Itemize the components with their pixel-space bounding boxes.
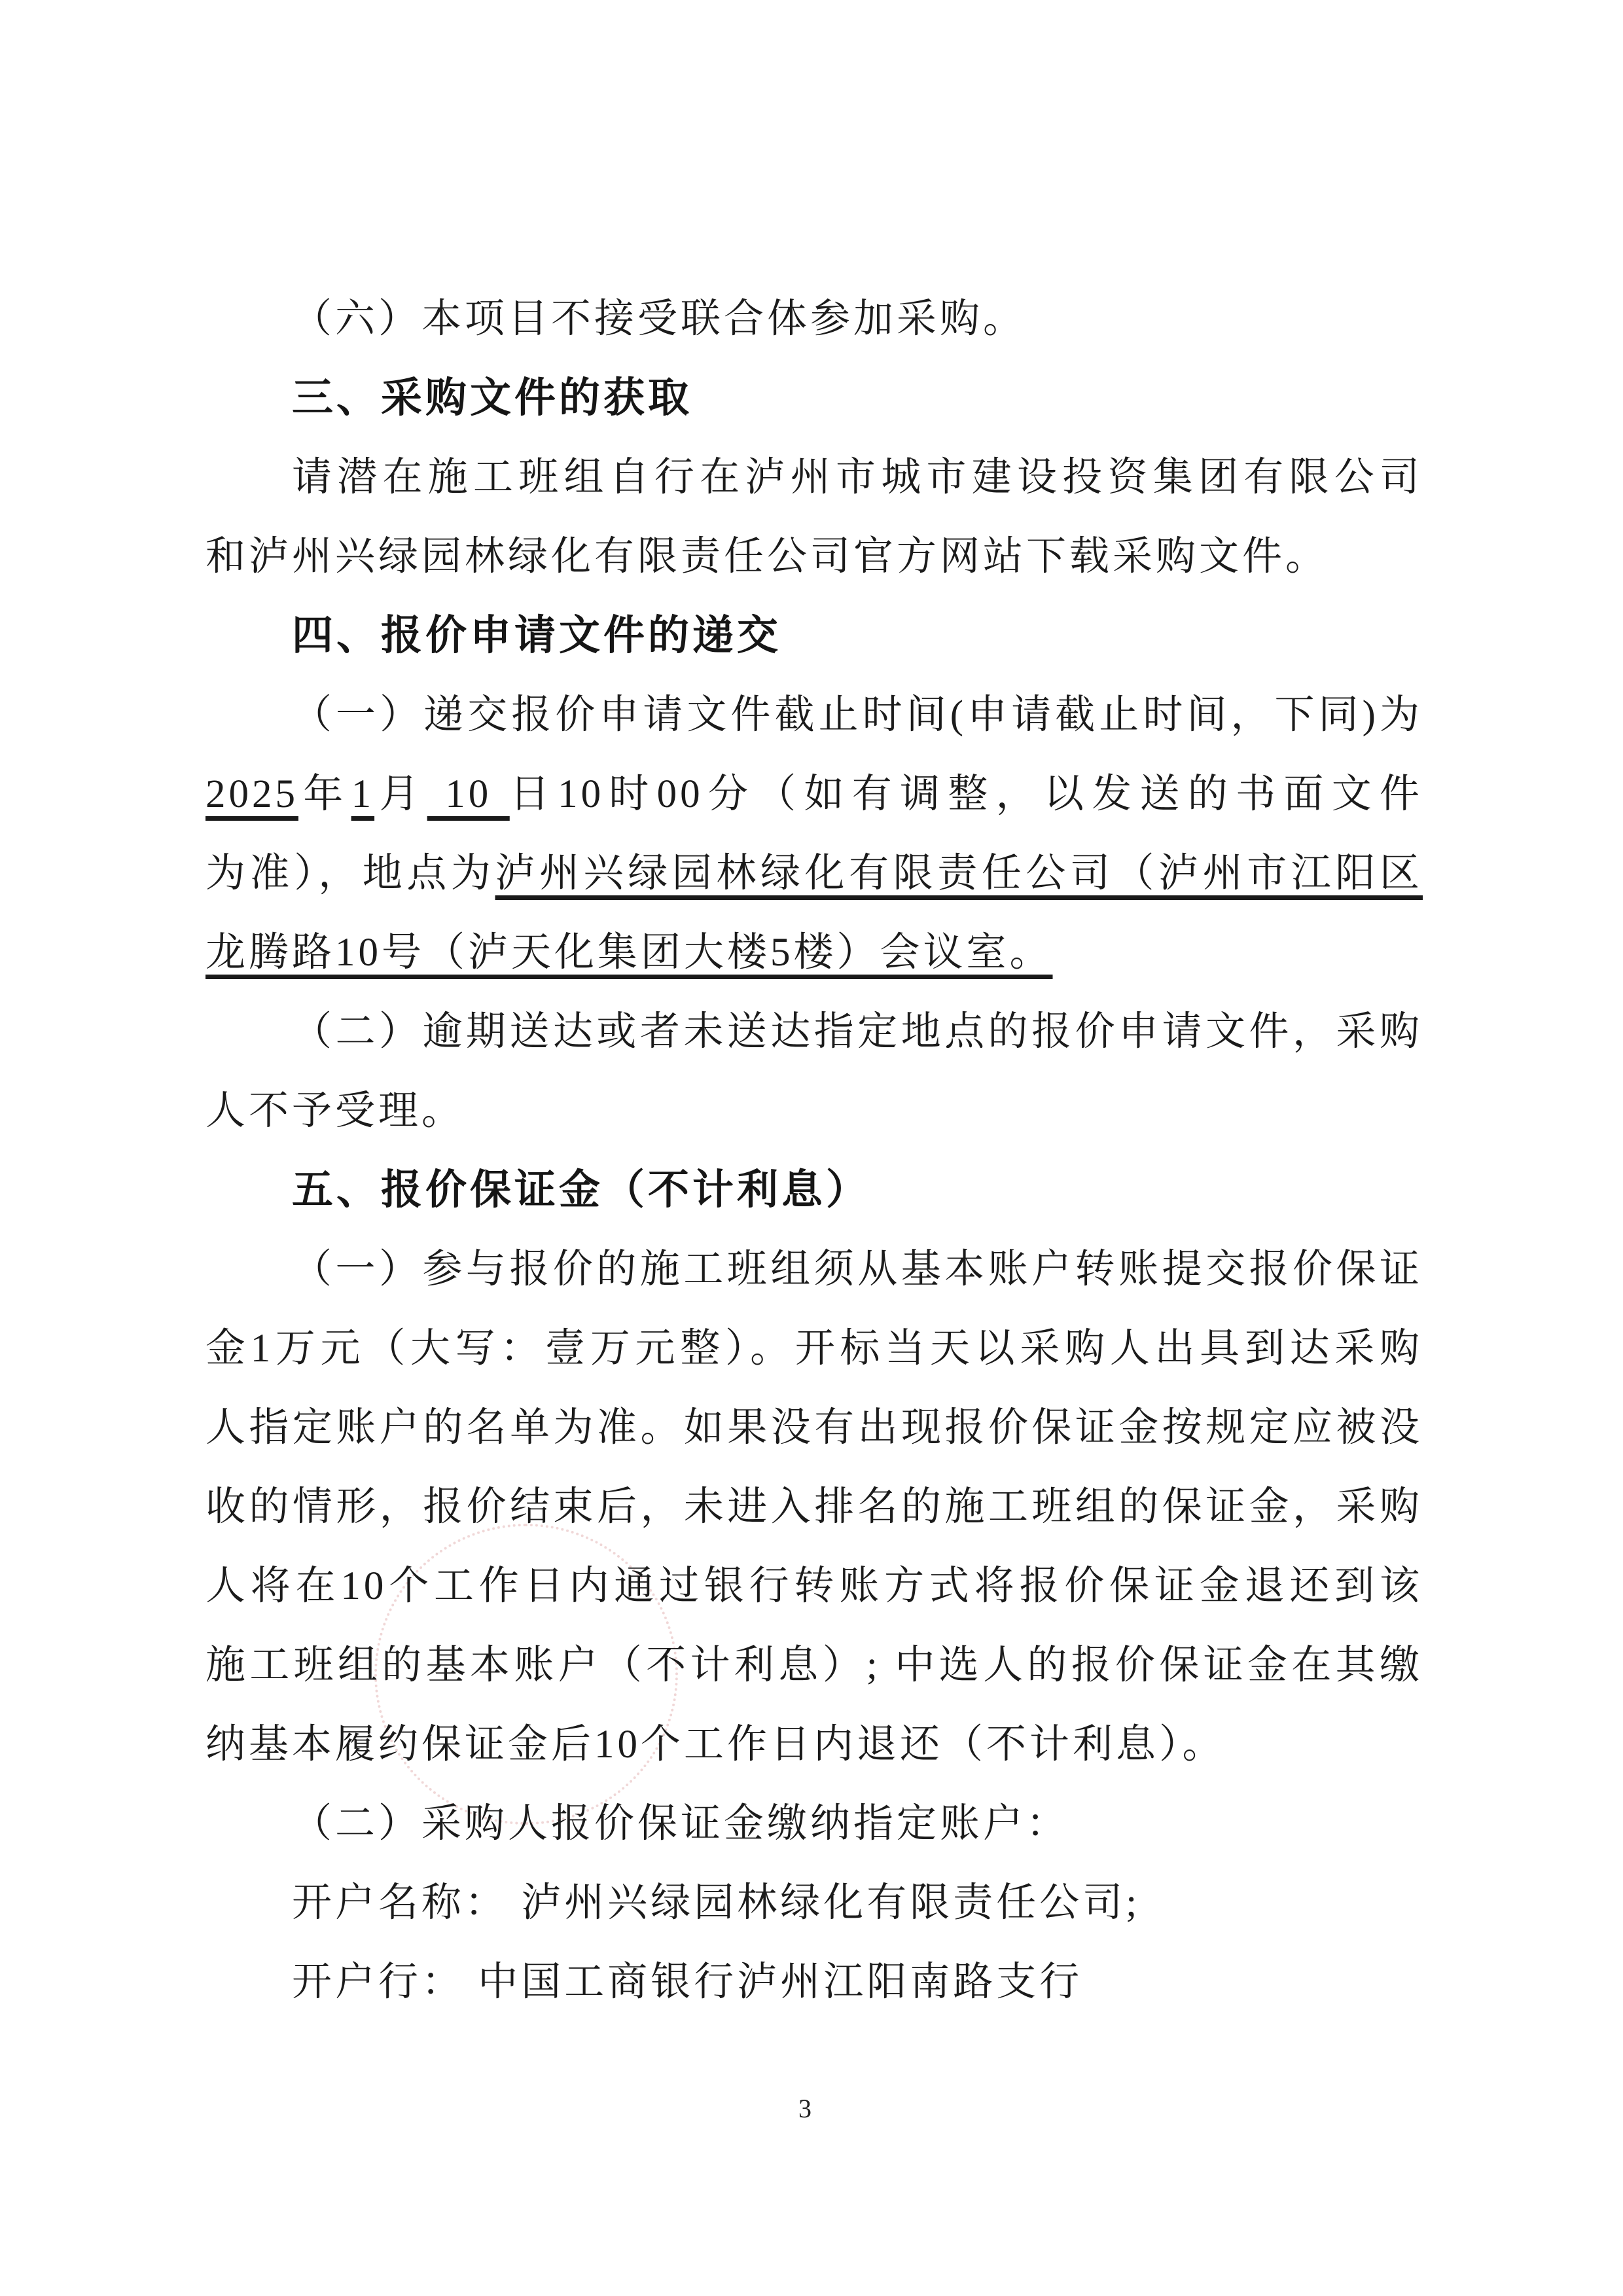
text-segment: 开户名称： 泸州兴绿园林绿化有限责任公司; bbox=[292, 1881, 1140, 1925]
text-segment: 月 bbox=[374, 772, 427, 816]
document-line: 施工班组的基本账户（不计利息）; 中选人的报价保证金在其缴 bbox=[205, 1626, 1423, 1705]
document-line: 金1万元（大写：壹万元整）。开标当天以采购人出具到达采购 bbox=[205, 1309, 1423, 1388]
document-line: （一）递交报价申请文件截止时间(申请截止时间，下同)为 bbox=[205, 675, 1423, 755]
text-segment: （一）参与报价的施工班组须从基本账户转账提交报价保证 bbox=[292, 1247, 1423, 1291]
document-line: 2025年1月 10 日10时00分（如有调整，以发送的书面文件 bbox=[205, 755, 1423, 834]
document-line: 和泸州兴绿园林绿化有限责任公司官方网站下载采购文件。 bbox=[205, 517, 1423, 596]
text-segment: 年 bbox=[298, 772, 351, 816]
document-line: 龙腾路10号（泸天化集团大楼5楼）会议室。 bbox=[205, 913, 1423, 992]
text-segment: 开户行： 中国工商银行泸州江阳南路支行 bbox=[292, 1960, 1082, 2004]
document-line: 人将在10个工作日内通过银行转账方式将报价保证金退还到该 bbox=[205, 1547, 1423, 1626]
document-line: （一）参与报价的施工班组须从基本账户转账提交报价保证 bbox=[205, 1230, 1423, 1309]
document-line: 开户行： 中国工商银行泸州江阳南路支行 bbox=[205, 1943, 1423, 2022]
text-segment: 人不予受理。 bbox=[205, 1089, 465, 1133]
underlined-text-segment: 2025 bbox=[205, 772, 298, 816]
document-page: （六）本项目不接受联合体参加采购。三、采购文件的获取请潜在施工班组自行在泸州市城… bbox=[0, 0, 1623, 2296]
text-segment: 五、报价保证金（不计利息） bbox=[292, 1167, 870, 1213]
underlined-text-segment: 龙腾路10号（泸天化集团大楼5楼）会议室。 bbox=[205, 931, 1053, 975]
document-line: （六）本项目不接受联合体参加采购。 bbox=[205, 279, 1423, 359]
text-segment: 金1万元（大写：壹万元整）。开标当天以采购人出具到达采购 bbox=[205, 1327, 1423, 1371]
document-line: 纳基本履约保证金后10个工作日内退还（不计利息）。 bbox=[205, 1705, 1423, 1784]
text-segment: （六）本项目不接受联合体参加采购。 bbox=[292, 297, 1026, 341]
text-segment: 人将在10个工作日内通过银行转账方式将报价保证金退还到该 bbox=[205, 1564, 1423, 1608]
text-segment: 为准），地点为 bbox=[205, 852, 495, 895]
underlined-text-segment: 泸州兴绿园林绿化有限责任公司（泸州市江阳区 bbox=[495, 852, 1423, 895]
document-line: （二）采购人报价保证金缴纳指定账户： bbox=[205, 1784, 1423, 1863]
document-line: （二）逾期送达或者未送达指定地点的报价申请文件，采购 bbox=[205, 992, 1423, 1071]
text-segment: 三、采购文件的获取 bbox=[292, 375, 692, 421]
text-block: （六）本项目不接受联合体参加采购。三、采购文件的获取请潜在施工班组自行在泸州市城… bbox=[205, 279, 1423, 2022]
page-number: 3 bbox=[0, 2093, 1610, 2125]
text-segment: 人指定账户的名单为准。如果没有出现报价保证金按规定应被没 bbox=[205, 1406, 1423, 1450]
document-line: 收的情形，报价结束后，未进入排名的施工班组的保证金，采购 bbox=[205, 1467, 1423, 1547]
underlined-text-segment: 10 bbox=[427, 772, 510, 816]
section-heading: 四、报价申请文件的递交 bbox=[205, 596, 1423, 675]
text-segment: （二）采购人报价保证金缴纳指定账户： bbox=[292, 1802, 1069, 1846]
section-heading: 五、报价保证金（不计利息） bbox=[205, 1151, 1423, 1230]
document-line: 开户名称： 泸州兴绿园林绿化有限责任公司; bbox=[205, 1863, 1423, 1943]
section-heading: 三、采购文件的获取 bbox=[205, 359, 1423, 438]
underlined-text-segment: 1 bbox=[351, 772, 375, 816]
document-line: 人指定账户的名单为准。如果没有出现报价保证金按规定应被没 bbox=[205, 1388, 1423, 1467]
document-line: 为准），地点为泸州兴绿园林绿化有限责任公司（泸州市江阳区 bbox=[205, 834, 1423, 913]
text-segment: 请潜在施工班组自行在泸州市城市建设投资集团有限公司 bbox=[292, 456, 1423, 499]
text-segment: （二）逾期送达或者未送达指定地点的报价申请文件，采购 bbox=[292, 1010, 1423, 1054]
document-line: 人不予受理。 bbox=[205, 1071, 1423, 1151]
text-segment: 收的情形，报价结束后，未进入排名的施工班组的保证金，采购 bbox=[205, 1485, 1423, 1529]
text-segment: 和泸州兴绿园林绿化有限责任公司官方网站下载采购文件。 bbox=[205, 535, 1329, 579]
text-segment: 纳基本履约保证金后10个工作日内退还（不计利息）。 bbox=[205, 1723, 1226, 1767]
text-segment: 施工班组的基本账户（不计利息）; 中选人的报价保证金在其缴 bbox=[205, 1643, 1423, 1687]
text-segment: （一）递交报价申请文件截止时间(申请截止时间，下同)为 bbox=[292, 693, 1423, 737]
text-segment: 四、报价申请文件的递交 bbox=[292, 613, 781, 658]
text-segment: 日10时00分（如有调整，以发送的书面文件 bbox=[510, 772, 1423, 816]
document-line: 请潜在施工班组自行在泸州市城市建设投资集团有限公司 bbox=[205, 438, 1423, 517]
